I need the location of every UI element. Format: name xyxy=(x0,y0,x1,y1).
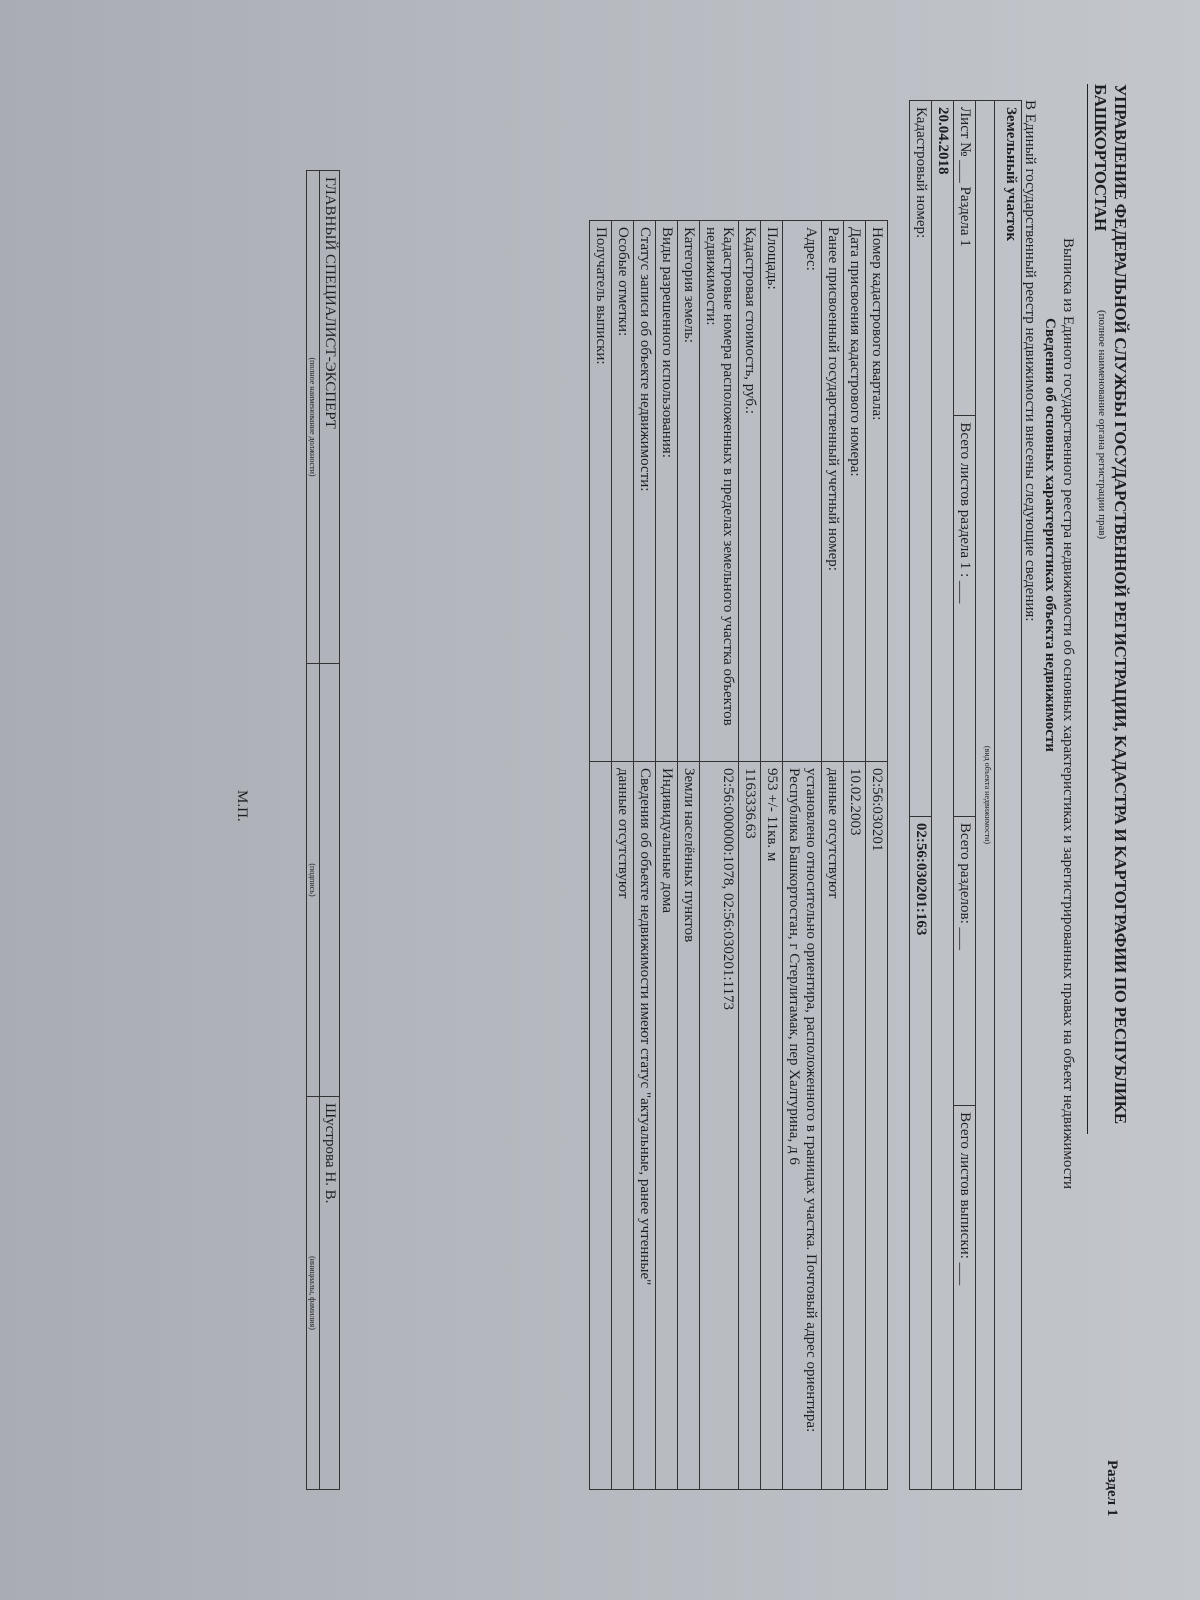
signer-name: Шустрова Н. В. xyxy=(320,1097,340,1490)
field-row: Адрес:установлено относительно ориентира… xyxy=(783,221,822,1490)
total-sections: Всего разделов: ___ xyxy=(954,816,976,1105)
field-label: Особые отметки: xyxy=(612,221,634,762)
field-label: Дата присвоения кадастрового номера: xyxy=(844,221,866,762)
field-label: Ранее присвоенный государственный учетны… xyxy=(822,221,844,762)
field-value: Индивидуальные дома xyxy=(656,762,678,1490)
section-label: Раздел 1 xyxy=(1103,1460,1120,1516)
field-value: 953 +/- 11кв. м xyxy=(761,762,783,1490)
cadastral-number-label: Кадастровый номер: xyxy=(910,101,932,817)
field-row: Кадастровая стоимость, руб.:1163336.63 xyxy=(739,221,761,1490)
cadastral-number: 02:56:030201:163 xyxy=(910,816,932,1489)
field-label: Статус записи об объекте недвижимости: xyxy=(634,221,656,762)
total-sheets-section: Всего листов раздела 1 : ___ xyxy=(954,416,976,817)
field-label: Кадастровые номера расположенных в преде… xyxy=(700,221,739,762)
sheet-number: Лист № ___ Раздела 1 xyxy=(954,101,976,416)
field-value: 10.02.2003 xyxy=(844,762,866,1490)
field-row: Особые отметки:данные отсутствуют xyxy=(612,221,634,1490)
extract-date: 20.04.2018 xyxy=(932,101,954,1490)
field-row: Виды разрешенного использования:Индивиду… xyxy=(656,221,678,1490)
field-label: Номер кадастрового квартала: xyxy=(866,221,888,762)
field-value: данные отсутствуют xyxy=(822,762,844,1490)
extract-title: Выписка из Единого государственного реес… xyxy=(1059,238,1076,1189)
field-row: Площадь:953 +/- 11кв. м xyxy=(761,221,783,1490)
name-caption: (инициалы, фамилия) xyxy=(307,1097,320,1490)
signature-field xyxy=(320,664,340,1097)
field-value: установлено относительно ориентира, расп… xyxy=(783,762,822,1490)
object-type: Земельный участок xyxy=(995,101,1022,1490)
intro-text: В Единый государственный реестр недвижим… xyxy=(1021,100,1038,621)
subtitle: Сведения об основных характеристиках объ… xyxy=(1041,318,1058,752)
field-label: Виды разрешенного использования: xyxy=(656,221,678,762)
field-row: Статус записи об объекте недвижимости:Св… xyxy=(634,221,656,1490)
field-value xyxy=(590,762,612,1490)
field-value: 02:56:030201 xyxy=(866,762,888,1490)
field-row: Дата присвоения кадастрового номера:10.0… xyxy=(844,221,866,1490)
field-row: Получатель выписки: xyxy=(590,221,612,1490)
field-row: Ранее присвоенный государственный учетны… xyxy=(822,221,844,1490)
field-value: Земли населённых пунктов xyxy=(678,762,700,1490)
field-label: Адрес: xyxy=(783,221,822,762)
signer-position: ГЛАВНЫЙ СПЕЦИАЛИСТ-ЭКСПЕРТ xyxy=(320,171,340,664)
signature-caption: (подпись) xyxy=(307,664,320,1097)
position-caption: (полное наименование должности) xyxy=(307,171,320,664)
object-type-caption: (вид объекта недвижимости) xyxy=(976,101,995,1490)
stamp-place: М.П. xyxy=(233,790,250,822)
characteristics-table: Номер кадастрового квартала:02:56:030201… xyxy=(589,220,888,1490)
field-row: Категория земель:Земли населённых пункто… xyxy=(678,221,700,1490)
field-label: Категория земель: xyxy=(678,221,700,762)
field-value: 1163336.63 xyxy=(739,762,761,1490)
field-value: данные отсутствуют xyxy=(612,762,634,1490)
field-value: 02:56:000000:1078, 02:56:030201:1173 xyxy=(700,762,739,1490)
signature-block: ГЛАВНЫЙ СПЕЦИАЛИСТ-ЭКСПЕРТ Шустрова Н. В… xyxy=(306,170,340,1490)
object-header-table: Земельный участок (вид объекта недвижимо… xyxy=(909,100,1022,1490)
organization-caption: (полное наименование органа регистрации … xyxy=(1096,310,1108,539)
organization-name: УПРАВЛЕНИЕ ФЕДЕРАЛЬНОЙ СЛУЖБЫ ГОСУДАРСТВ… xyxy=(1087,84,1130,1134)
document-page: УПРАВЛЕНИЕ ФЕДЕРАЛЬНОЙ СЛУЖБЫ ГОСУДАРСТВ… xyxy=(210,70,1130,1530)
field-label: Получатель выписки: xyxy=(590,221,612,762)
field-row: Кадастровые номера расположенных в преде… xyxy=(700,221,739,1490)
field-value: Сведения об объекте недвижимости имеют с… xyxy=(634,762,656,1490)
total-sheets-extract: Всего листов выписки: ___ xyxy=(954,1106,976,1490)
field-label: Кадастровая стоимость, руб.: xyxy=(739,221,761,762)
field-label: Площадь: xyxy=(761,221,783,762)
field-row: Номер кадастрового квартала:02:56:030201 xyxy=(866,221,888,1490)
